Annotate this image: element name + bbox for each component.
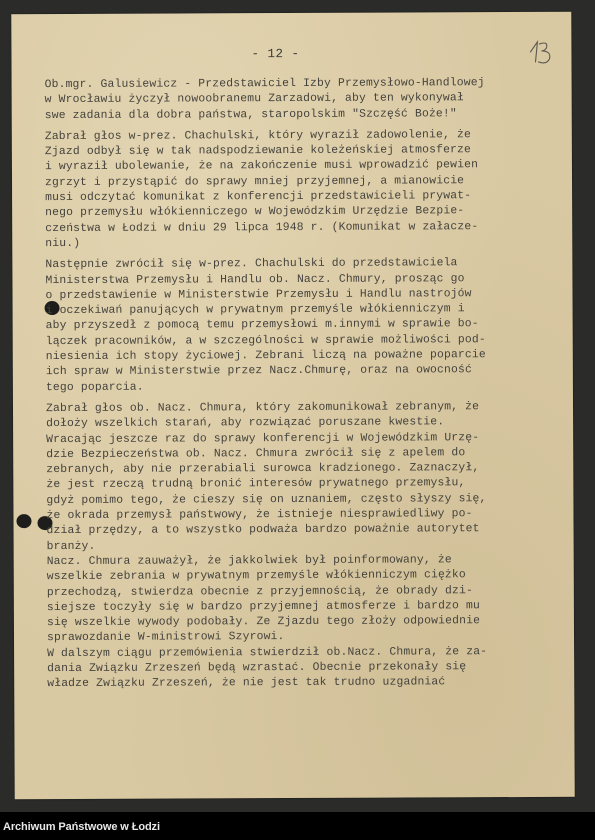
text-line: W dalszym ciągu przemówienia stwierdził … xyxy=(47,645,557,663)
paragraph-chachulski-request: Następnie zwrócił się w-prez. Chachulski… xyxy=(45,256,556,396)
document-page: - 12 - 13 Ob.mgr. Galusiewicz - Przedsta… xyxy=(11,12,574,799)
paragraph-galusiewicz: Ob.mgr. Galusiewicz - Przedstawiciel Izb… xyxy=(45,76,555,124)
text-line: niu.) xyxy=(45,235,555,253)
page-number: - 12 - xyxy=(251,47,299,61)
text-line: gdyż pomimo tego, że cieszy się on uznan… xyxy=(46,492,556,510)
text-line: swe zadania dla dobra państwa, staropols… xyxy=(45,106,555,124)
handwritten-folio-number: 13 xyxy=(526,38,558,68)
document-body: Ob.mgr. Galusiewicz - Przedstawiciel Izb… xyxy=(45,76,558,693)
scan-background: - 12 - 13 Ob.mgr. Galusiewicz - Przedsta… xyxy=(0,0,595,812)
archive-name: Archiwum Państwowe w Łodzi xyxy=(3,821,160,833)
text-line: władze Związku Zrzeszeń, że nie jest tak… xyxy=(47,675,557,693)
paragraph-chachulski-komunikat: Zabrał głos w-prez. Chachulski, który wy… xyxy=(45,128,556,253)
text-line: Ob.mgr. Galusiewicz - Przedstawiciel Izb… xyxy=(45,76,555,94)
text-line: niesienia ich stopy życiowej. Zebrani li… xyxy=(46,348,556,366)
punch-hole xyxy=(16,514,31,528)
archive-footer: Archiwum Państwowe w Łodzi xyxy=(0,812,595,840)
folio-handwriting-icon xyxy=(526,38,558,68)
paragraph-chmura-response: Zabrał głos ob. Nacz. Chmura, który zako… xyxy=(46,400,557,555)
paragraph-chmura-remarks: Nacz. Chmura zauważył, że jakkolwiek był… xyxy=(47,553,557,647)
text-line: tego poparcia. xyxy=(46,378,556,396)
paragraph-chmura-tasks: W dalszym ciągu przemówienia stwierdził … xyxy=(47,645,557,693)
